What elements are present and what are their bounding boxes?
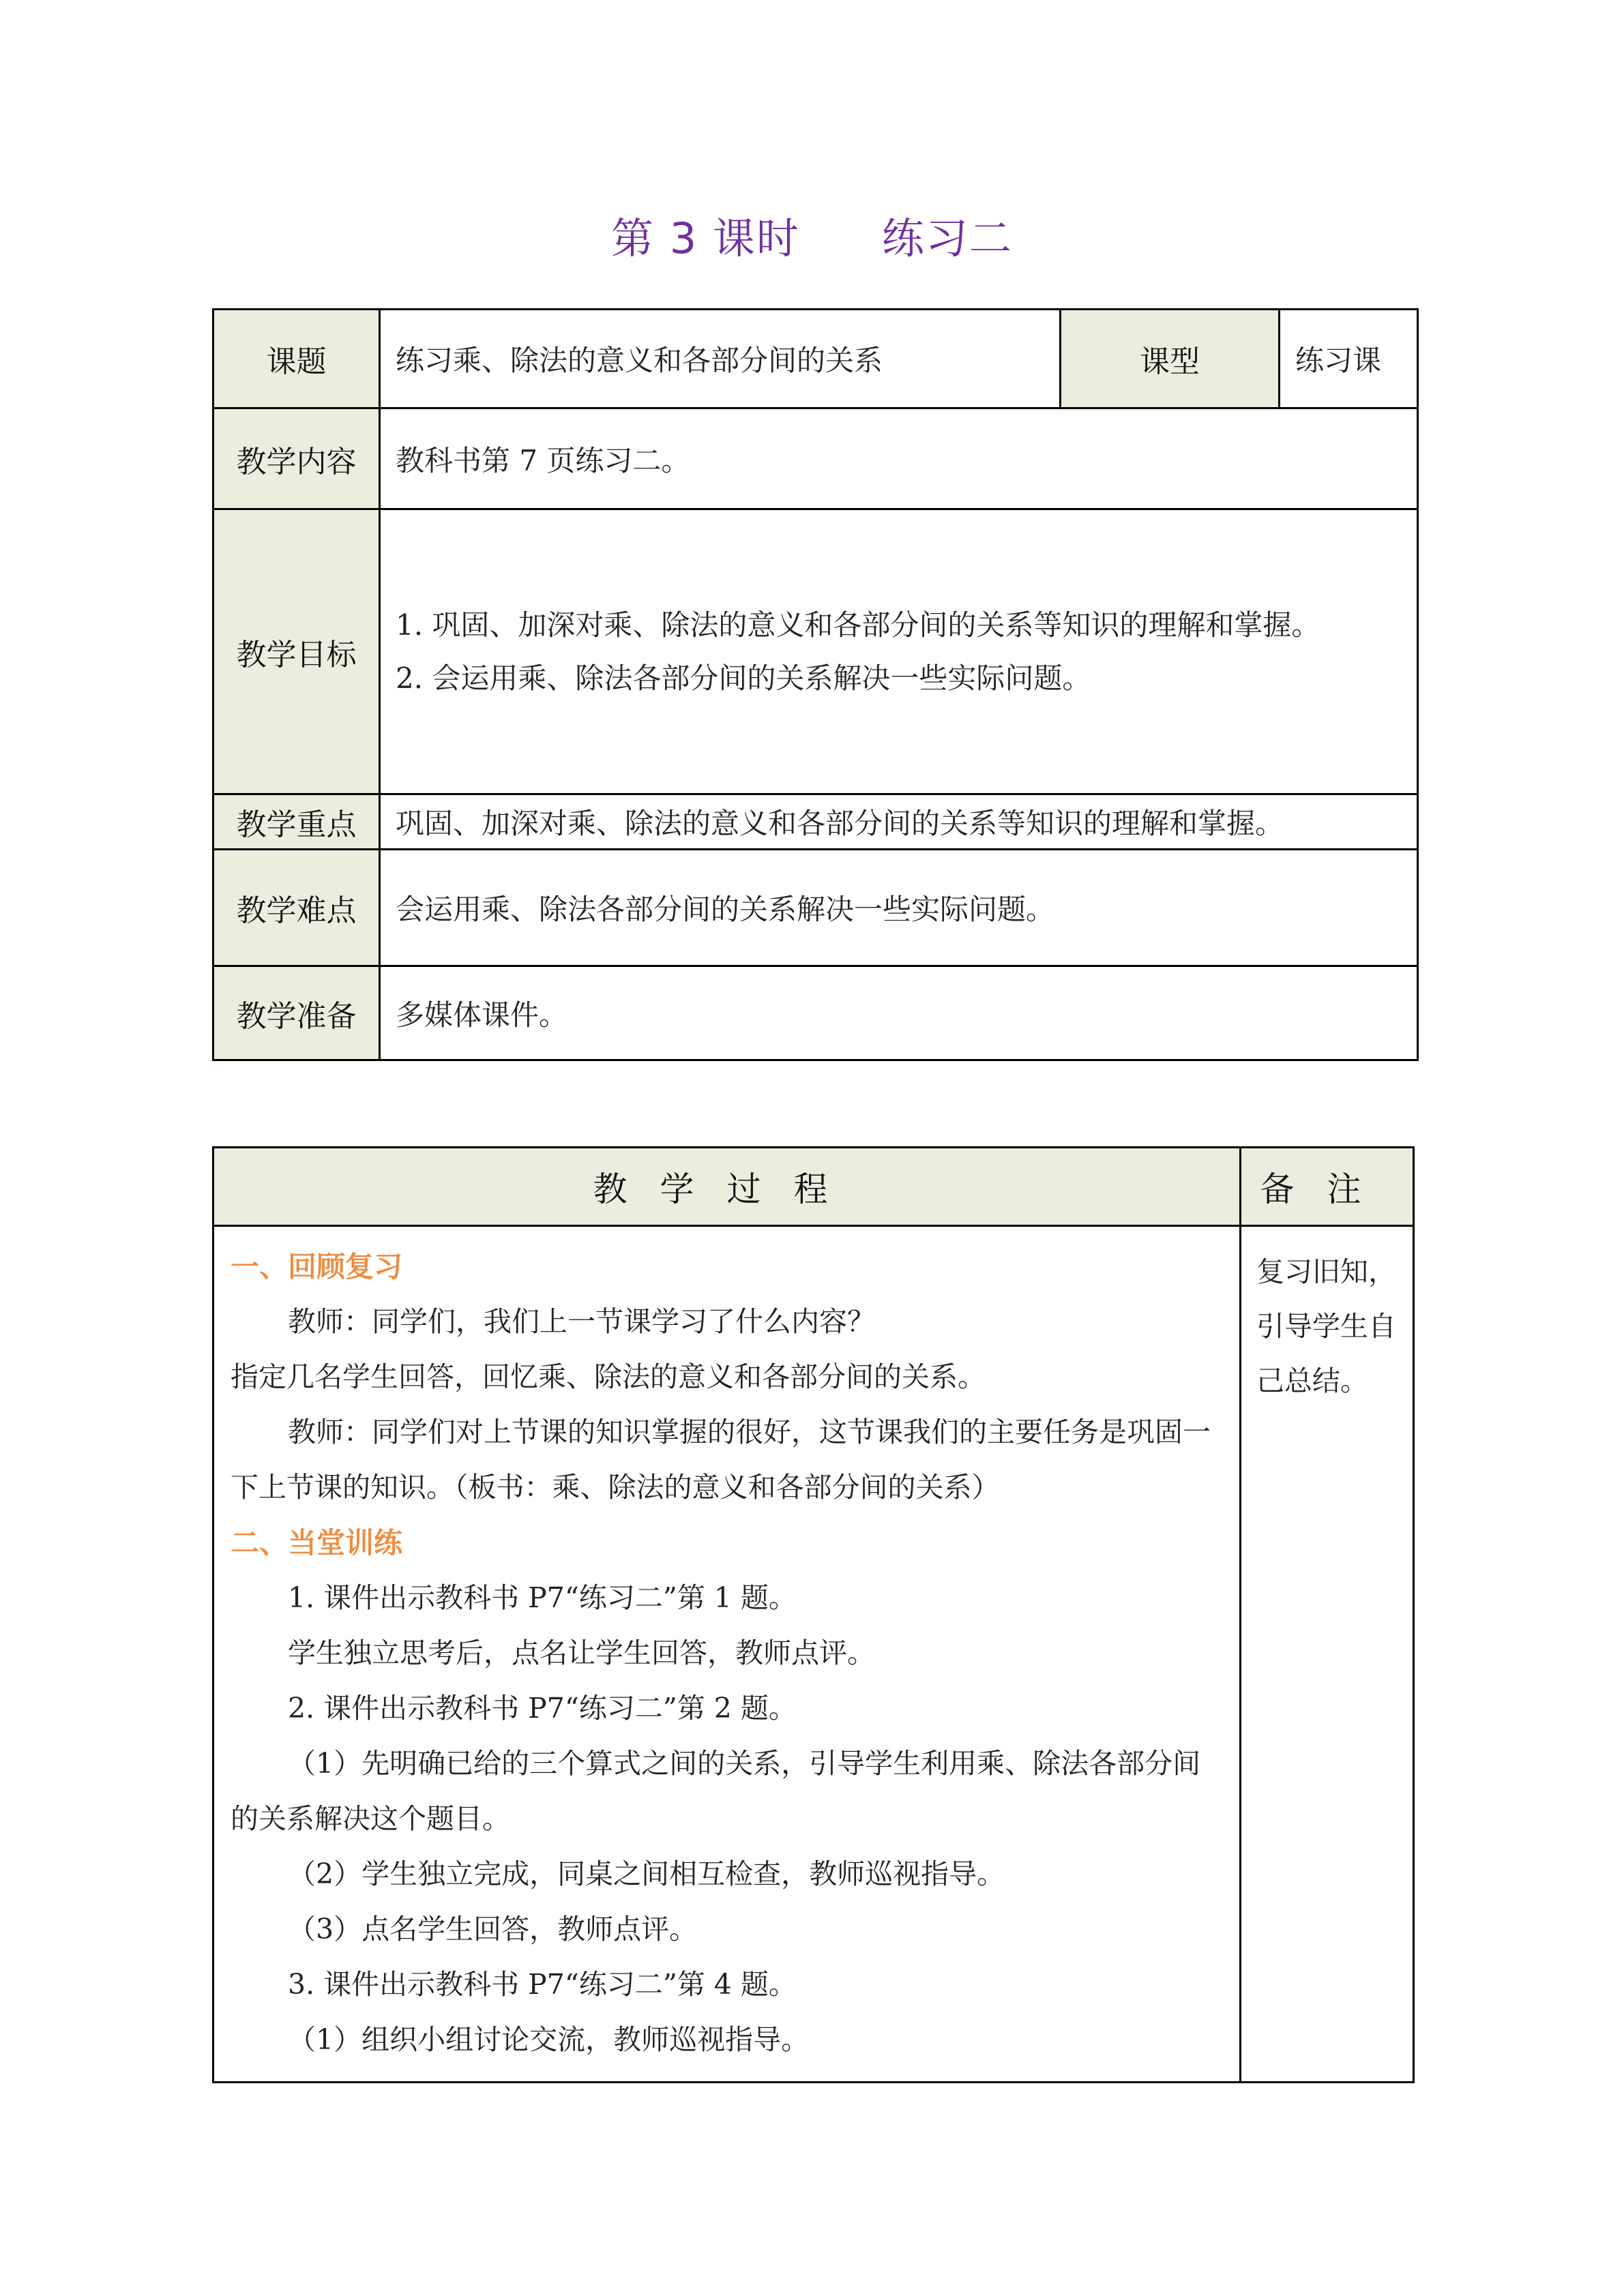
process-header: 教学过程: [213, 1148, 1241, 1226]
preparation-value: 多媒体课件。: [380, 966, 1418, 1060]
section-heading-review: 一、回顾复习: [231, 1239, 1228, 1294]
content-label: 教学内容: [213, 408, 380, 509]
process-content: 一、回顾复习 教师：同学们，我们上一节课学习了什么内容？ 指定几名学生回答，回忆…: [213, 1226, 1241, 2083]
page-title: 第 3 课时练习二: [0, 205, 1624, 265]
notes-content: 复习旧知，引导学生自己总结。: [1241, 1226, 1414, 2083]
process-header-text: 教学过程: [593, 1169, 861, 1209]
paragraph: 2. 课件出示教科书 P7“练习二”第 2 题。: [231, 1681, 1228, 1736]
teaching-process-table: 教学过程 备注 一、回顾复习 教师：同学们，我们上一节课学习了什么内容？ 指定几…: [212, 1146, 1415, 2083]
paragraph: 3. 课件出示教科书 P7“练习二”第 4 题。: [231, 1957, 1228, 2012]
section-heading-practice: 二、当堂训练: [231, 1515, 1228, 1570]
paragraph: （3）点名学生回答，教师点评。: [231, 1902, 1228, 1957]
content-row: 教学内容 教科书第 7 页练习二。: [213, 408, 1418, 509]
preparation-label: 教学准备: [213, 966, 380, 1060]
goals-value: 1. 巩固、加深对乘、除法的意义和各部分间的关系等知识的理解和掌握。 2. 会运…: [380, 509, 1418, 794]
paragraph: 1. 课件出示教科书 P7“练习二”第 1 题。: [231, 1570, 1228, 1626]
key-points-row: 教学重点 巩固、加深对乘、除法的意义和各部分间的关系等知识的理解和掌握。: [213, 794, 1418, 850]
goal-item: 1. 巩固、加深对乘、除法的意义和各部分间的关系等知识的理解和掌握。: [396, 599, 1417, 652]
key-points-value: 巩固、加深对乘、除法的意义和各部分间的关系等知识的理解和掌握。: [380, 794, 1418, 850]
notes-header-text: 备注: [1260, 1169, 1394, 1209]
paragraph: （1）先明确已给的三个算式之间的关系，引导学生利用乘、除法各部分间的关系解决这个…: [231, 1736, 1228, 1847]
paragraph: 教师：同学们对上节课的知识掌握的很好，这节课我们的主要任务是巩固一下上节课的知识…: [231, 1405, 1228, 1515]
lesson-name: 练习二: [882, 213, 1013, 263]
paragraph: 教师：同学们，我们上一节课学习了什么内容？: [231, 1294, 1228, 1350]
lesson-info-table: 课题 练习乘、除法的意义和各部分间的关系 课型 练习课 教学内容 教科书第 7 …: [212, 308, 1419, 1061]
content-value: 教科书第 7 页练习二。: [380, 408, 1418, 509]
type-value: 练习课: [1280, 310, 1418, 408]
difficulties-row: 教学难点 会运用乘、除法各部分间的关系解决一些实际问题。: [213, 850, 1418, 966]
goals-row: 教学目标 1. 巩固、加深对乘、除法的意义和各部分间的关系等知识的理解和掌握。 …: [213, 509, 1418, 794]
topic-label: 课题: [213, 310, 380, 408]
topic-row: 课题 练习乘、除法的意义和各部分间的关系 课型 练习课: [213, 310, 1418, 408]
process-body-row: 一、回顾复习 教师：同学们，我们上一节课学习了什么内容？ 指定几名学生回答，回忆…: [213, 1226, 1414, 2083]
preparation-row: 教学准备 多媒体课件。: [213, 966, 1418, 1060]
paragraph: 学生独立思考后，点名让学生回答，教师点评。: [231, 1626, 1228, 1681]
paragraph: （1）组织小组讨论交流，教师巡视指导。: [231, 2012, 1228, 2068]
key-points-label: 教学重点: [213, 794, 380, 850]
goals-label: 教学目标: [213, 509, 380, 794]
difficulties-value: 会运用乘、除法各部分间的关系解决一些实际问题。: [380, 850, 1418, 966]
process-header-row: 教学过程 备注: [213, 1148, 1414, 1226]
difficulties-label: 教学难点: [213, 850, 380, 966]
goal-item: 2. 会运用乘、除法各部分间的关系解决一些实际问题。: [396, 652, 1417, 705]
notes-header: 备注: [1241, 1148, 1414, 1226]
type-label: 课型: [1061, 310, 1280, 408]
lesson-number: 第 3 课时: [611, 213, 800, 263]
topic-value: 练习乘、除法的意义和各部分间的关系: [380, 310, 1061, 408]
paragraph: （2）学生独立完成，同桌之间相互检查，教师巡视指导。: [231, 1847, 1228, 1902]
paragraph: 指定几名学生回答，回忆乘、除法的意义和各部分间的关系。: [231, 1350, 1228, 1405]
